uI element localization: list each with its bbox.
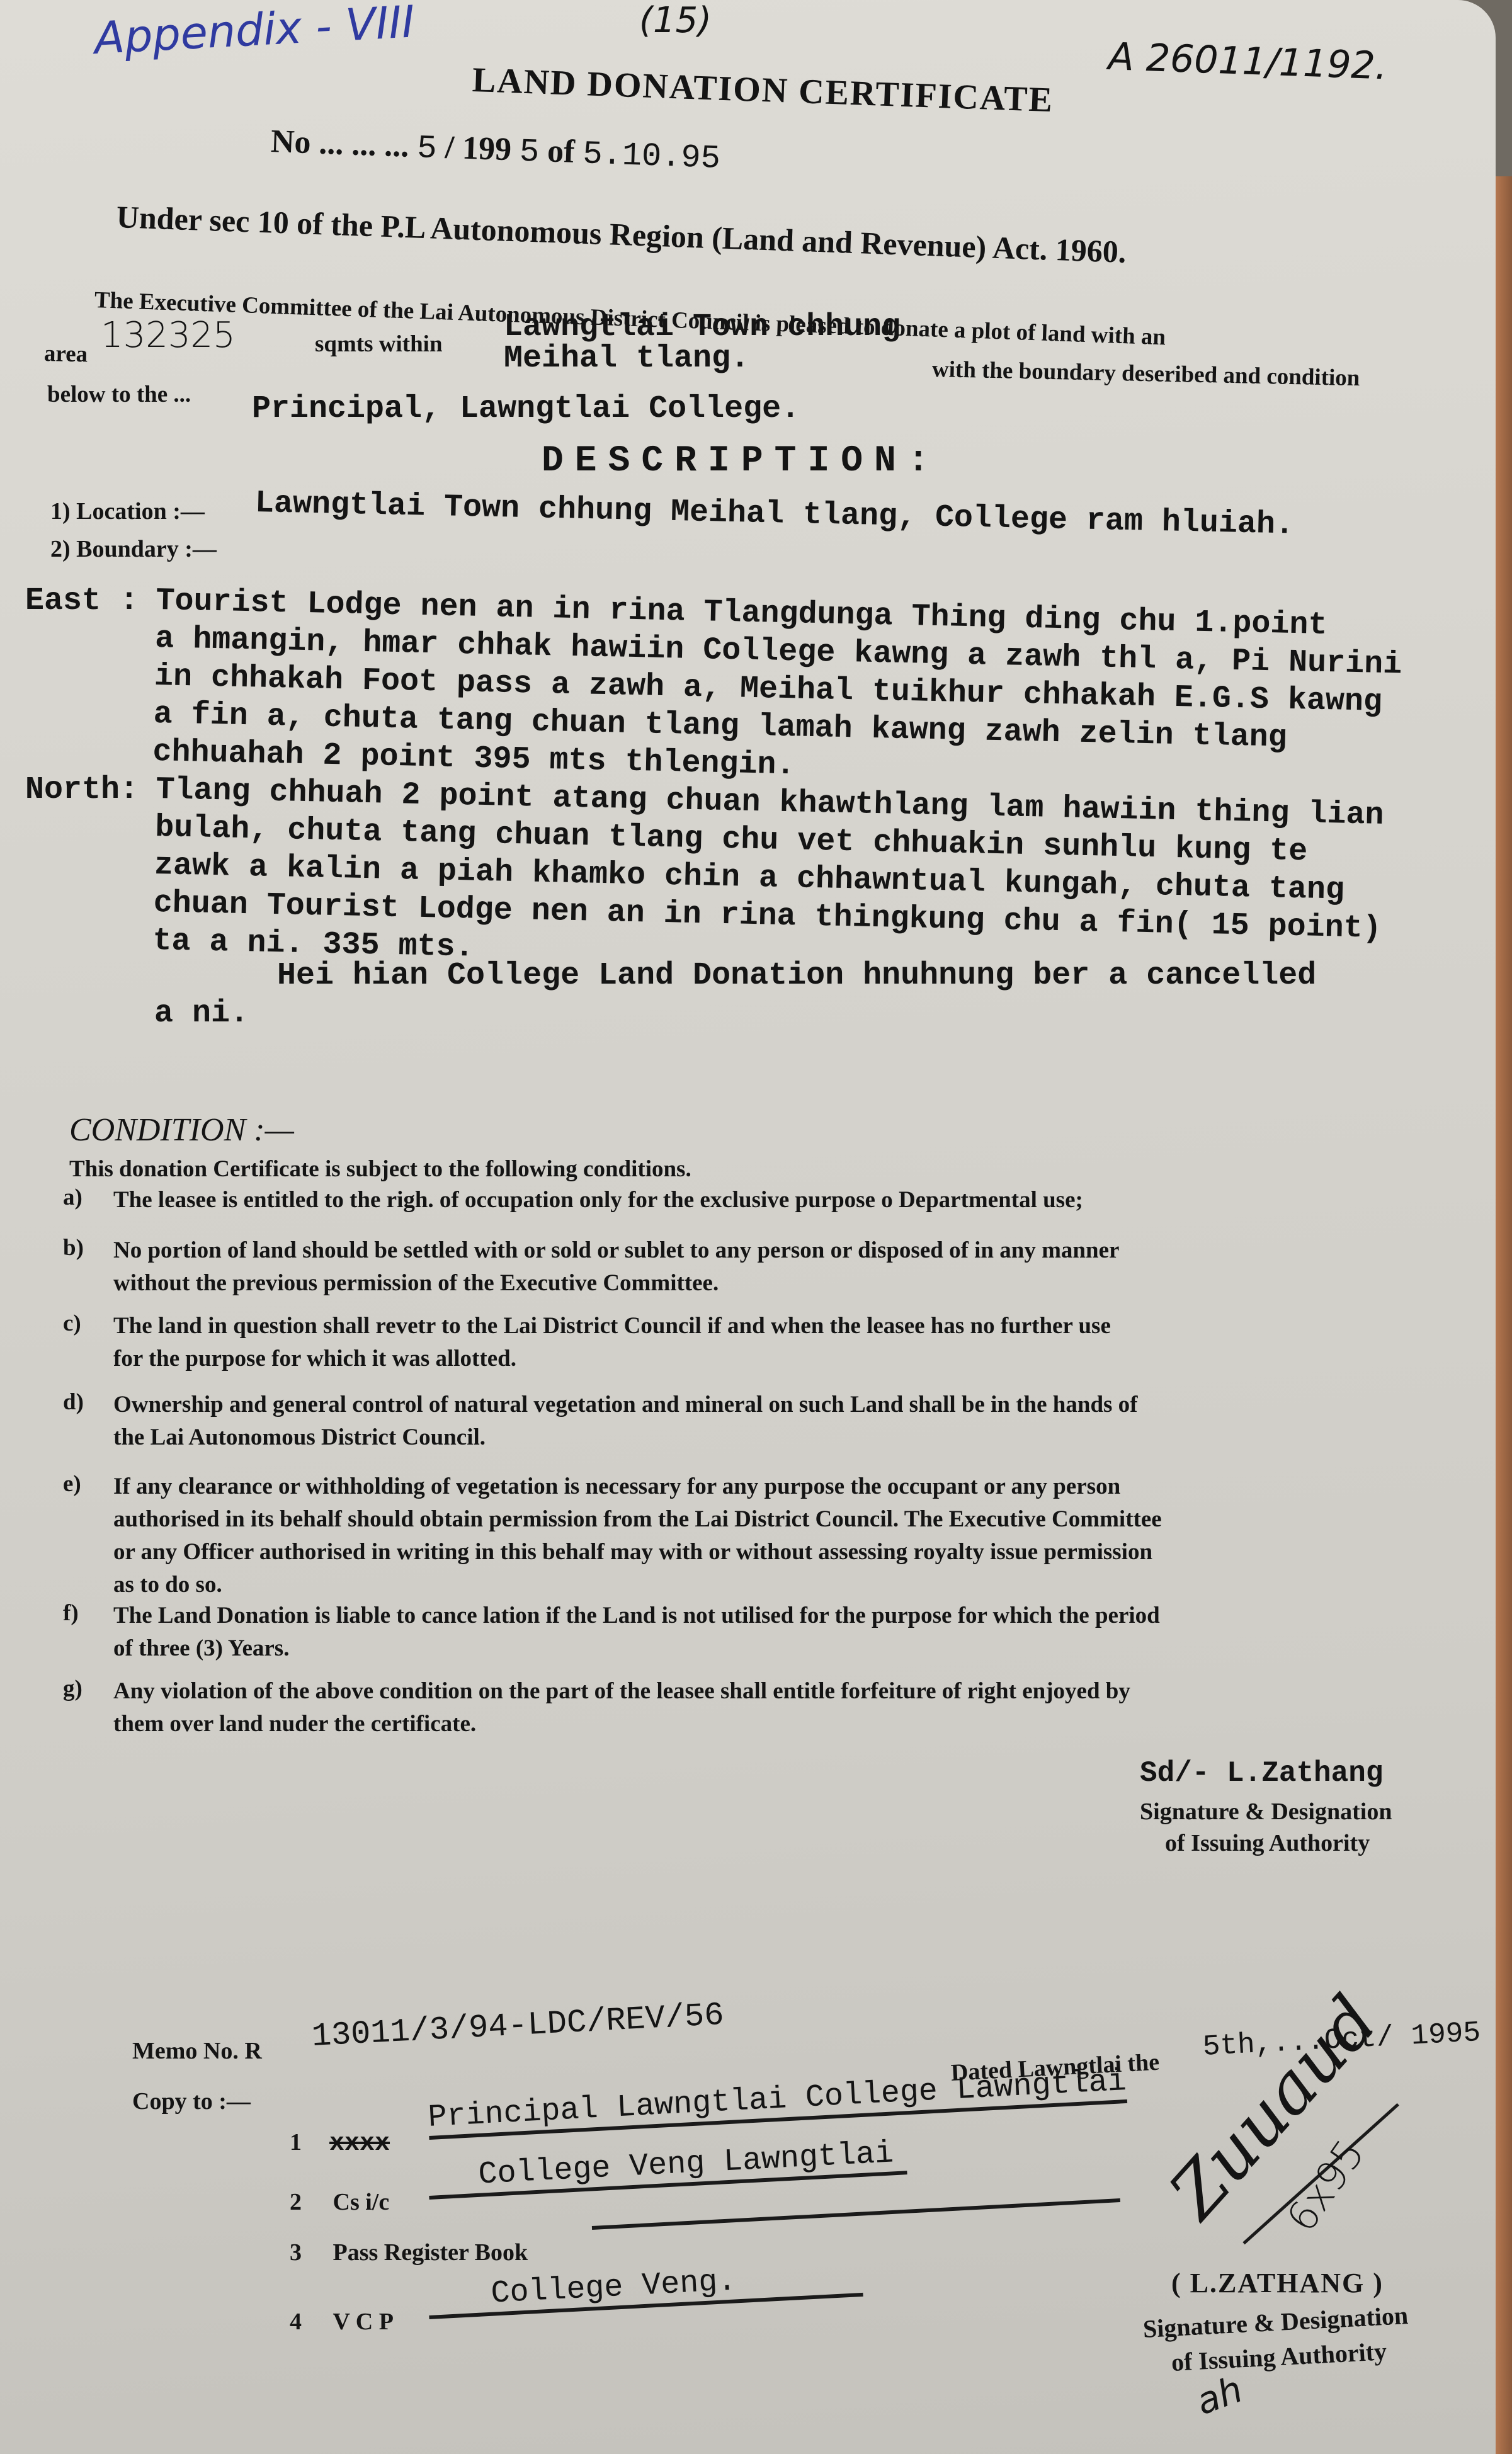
below-label: below to the ... <box>47 381 191 408</box>
page-number-annotation: (15) <box>639 0 712 41</box>
copy-item-3: 3 Pass Register Book <box>290 2239 528 2266</box>
condition-line: the Lai Autonomous District Council. <box>113 1421 1385 1454</box>
cancel-note-line-2: a ni. <box>154 995 249 1033</box>
condition-line: them over land nuder the certificate. <box>113 1708 1385 1741</box>
area-value: 132325 <box>101 315 236 356</box>
area-label: area <box>44 340 88 368</box>
condition-line: without the previous permission of the E… <box>113 1267 1385 1300</box>
copy-label: Cs i/c <box>333 2189 390 2215</box>
recipient: Principal, Lawngtlai College. <box>252 390 800 428</box>
copy-strikethrough: xxxx <box>329 2130 390 2158</box>
condition-line: authorised in its behalf should obtain p… <box>113 1503 1385 1536</box>
condition-line: Any violation of the above condition on … <box>113 1675 1385 1708</box>
copy-to-label: Copy to :— <box>132 2088 251 2115</box>
condition-letter: b) <box>63 1234 84 1261</box>
condition-letter: e) <box>63 1470 81 1497</box>
north-label: North: <box>25 771 139 809</box>
condition-line: The Land Donation is liable to cance lat… <box>113 1599 1385 1632</box>
cancel-note-line-1: Hei hian College Land Donation hnuhnung … <box>277 957 1316 995</box>
designation-line-2: of Issuing Authority <box>1165 1829 1370 1857</box>
no-label: No <box>270 123 312 161</box>
issue-date: 5.10.95 <box>582 135 720 178</box>
condition-line: No portion of land should be settled wit… <box>113 1234 1385 1267</box>
condition-text: Any violation of the above condition on … <box>113 1675 1385 1741</box>
condition-text: No portion of land should be settled wit… <box>113 1234 1385 1300</box>
conditions-intro: This donation Certificate is subject to … <box>69 1156 691 1183</box>
copy-number: 2 <box>290 2189 302 2215</box>
conditions-list: a)The leasee is entitled to the righ. of… <box>63 1184 1448 1751</box>
condition-line: The leasee is entitled to the righ. of o… <box>113 1184 1385 1217</box>
east-label: East : <box>25 582 139 620</box>
condition-line: of three (3) Years. <box>113 1632 1385 1665</box>
condition-text: The Land Donation is liable to cance lat… <box>113 1599 1385 1665</box>
east-boundary: Tourist Lodge nen an in rina Tlangdunga … <box>152 582 1510 800</box>
condition-text: Ownership and general control of natural… <box>113 1389 1385 1454</box>
area-unit: sqmts within <box>315 331 443 358</box>
copy-item-4: 4 V C P <box>290 2308 394 2336</box>
condition-line: Ownership and general control of natural… <box>113 1389 1385 1421</box>
folder-edge <box>1496 176 1512 2454</box>
copy-label: V C P <box>333 2309 394 2335</box>
memo-label: Memo No. R <box>132 2037 262 2065</box>
copy-item-2: 2 Cs i/c <box>290 2188 389 2216</box>
of-label: of <box>547 133 575 169</box>
certificate-number: 5 <box>416 130 437 168</box>
copy-item-1: 1 xxxx <box>290 2128 390 2158</box>
condition-line: for the purpose for which it was allotte… <box>113 1343 1385 1375</box>
condition-text: The land in question shall revetr to the… <box>113 1310 1385 1375</box>
condition-letter: f) <box>63 1599 79 1627</box>
no-blanks: ... ... ... <box>319 125 410 164</box>
year-prefix: / 199 <box>445 130 512 168</box>
condition-line: If any clearance or withholding of veget… <box>113 1470 1385 1503</box>
signed-name: Sd/- L.Zathang <box>1140 1757 1383 1790</box>
boundary-label: 2) Boundary :— <box>50 535 217 563</box>
condition-letter: d) <box>63 1389 84 1416</box>
designation-line-1: Signature & Designation <box>1140 1798 1392 1826</box>
copy-number: 4 <box>290 2309 302 2335</box>
condition-line: as to do so. <box>113 1569 1385 1601</box>
copy-number: 1 <box>290 2129 302 2156</box>
location-label: 1) Location :— <box>50 497 205 525</box>
copy-label: Pass Register Book <box>333 2239 528 2266</box>
description-heading: DESCRIPTION: <box>542 441 941 482</box>
condition-text: The leasee is entitled to the righ. of o… <box>113 1184 1385 1217</box>
condition-line: or any Officer authorised in writing in … <box>113 1536 1385 1569</box>
condition-line: The land in question shall revetr to the… <box>113 1310 1385 1343</box>
condition-letter: c) <box>63 1310 81 1337</box>
printed-name: ( L.ZATHANG ) <box>1171 2267 1384 2299</box>
conditions-heading: CONDITION :— <box>69 1111 294 1149</box>
condition-letter: a) <box>63 1184 82 1211</box>
north-boundary: Tlang chhuah 2 point atang chuan khawthl… <box>152 771 1510 989</box>
year-digit: 5 <box>519 133 540 171</box>
location-line-2: Meihal tlang. <box>504 340 749 378</box>
condition-text: If any clearance or withholding of veget… <box>113 1470 1385 1601</box>
condition-letter: g) <box>63 1675 82 1702</box>
copy-number: 3 <box>290 2239 302 2266</box>
